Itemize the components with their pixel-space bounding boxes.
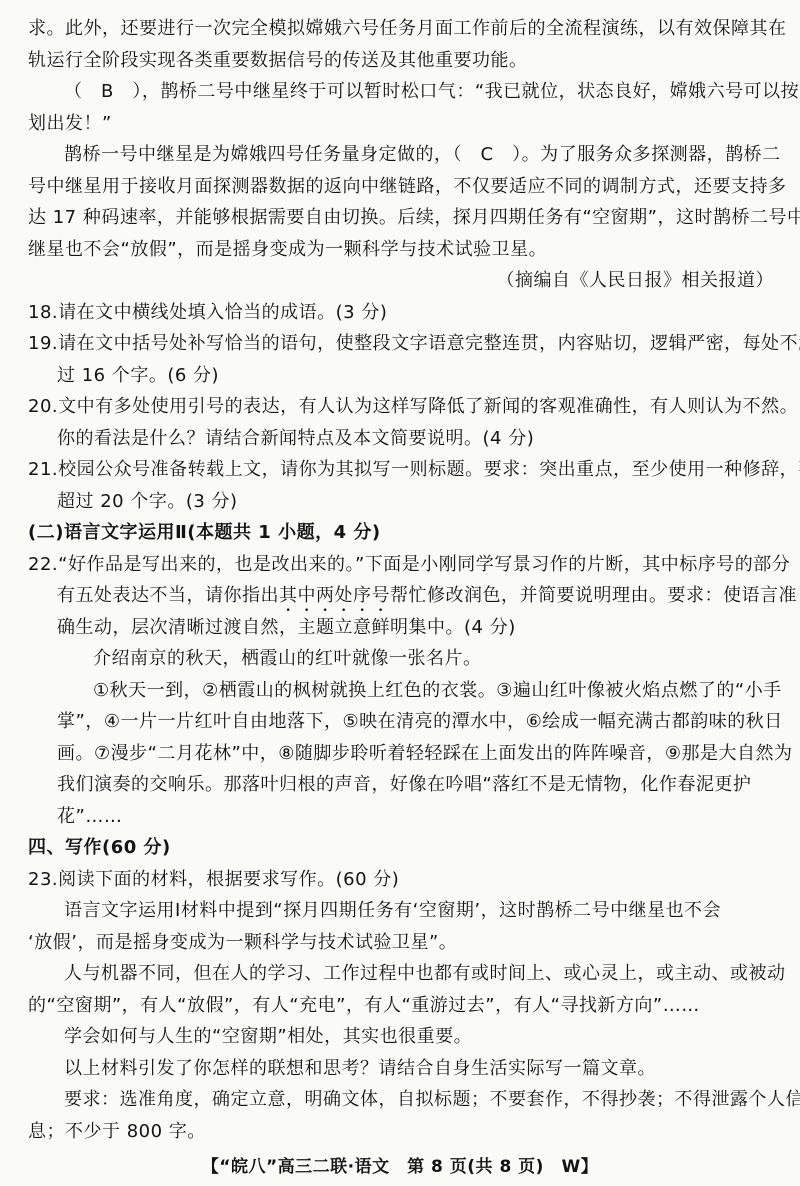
section-heading-writing: 四、写作(60 分) xyxy=(0,832,800,864)
material-23-line-2: ‘放假’，而是摇身变成为一颗科学与技术试验卫星”。 xyxy=(0,927,800,959)
passage-22-line-3: 掌”，④一片一片红叶自由地落下，⑤映在清亮的潭水中，⑥绘成一幅充满古都韵味的秋日 xyxy=(0,706,800,738)
question-21-line-1: 21.校园公众号准备转载上文，请你为其拟写一则标题。要求：突出重点，至少使用一种… xyxy=(0,454,800,486)
material-23-line-3: 人与机器不同，但在人的学习、工作过程中也都有或时间上、或心灵上，或主动、或被动 xyxy=(0,958,800,990)
article-line-3: （ B ），鹊桥二号中继星终于可以暂时松口气：“我已就位，状态良好，嫦娥六号可以… xyxy=(0,76,800,108)
question-19-line-1: 19.请在文中括号处补写恰当的语句，使整段文字语意完整连贯，内容贴切，逻辑严密，… xyxy=(0,328,800,360)
article-line-4: 划出发！” xyxy=(0,108,800,140)
passage-22-line-4: 画。⑦漫步“二月花林”中，⑧随脚步聆听着轻轻踩在上面发出的阵阵噪音，⑨那是大自然… xyxy=(0,738,800,770)
section-heading-language-use-2: (二)语言文字运用Ⅱ(本题共 1 小题，4 分) xyxy=(0,517,800,549)
material-23-line-4: 的“空窗期”，有人“放假”，有人“充电”，有人“重游过去”，有人“寻找新方向”…… xyxy=(0,990,800,1022)
question-18: 18.请在文中横线处填入恰当的成语。(3 分) xyxy=(0,297,800,329)
article-line-8: 继星也不会“放假”，而是摇身变成为一颗科学与技术试验卫星。 xyxy=(0,234,800,266)
material-23-line-6: 以上材料引发了你怎样的联想和思考？请结合自身生活实际写一篇文章。 xyxy=(0,1053,800,1085)
question-22-line-3: 确生动，层次清晰过渡自然，主题立意鲜明集中。(4 分) xyxy=(0,612,800,644)
article-line-7: 达 17 种码速率，并能够根据需要自由切换。后续，探月四期任务有“空窗期”，这时… xyxy=(0,202,800,234)
question-23: 23.阅读下面的材料，根据要求写作。(60 分) xyxy=(0,864,800,896)
passage-22-line-2: ①秋天一到，②栖霞山的枫树就换上红色的衣裳。③遍山红叶像被火焰点燃了的“小手 xyxy=(0,675,800,707)
question-22-line-1: 22.“好作品是写出来的，也是改出来的。”下面是小刚同学写景习作的片断，其中标序… xyxy=(0,549,800,581)
question-19-line-2: 过 16 个字。(6 分) xyxy=(0,360,800,392)
article-line-2: 轨运行全阶段实现各类重要数据信号的传送及其他重要功能。 xyxy=(0,45,800,77)
article-line-6: 号中继星用于接收月面探测器数据的返向中继链路，不仅要适应不同的调制方式，还要支持… xyxy=(0,171,800,203)
emphasis-dots-text: 其中两处序号 xyxy=(279,585,390,606)
material-23-line-7: 要求：选准角度，确定立意，明确文体，自拟标题；不要套作，不得抄袭；不得泄露个人信 xyxy=(0,1084,800,1116)
question-20-line-1: 20.文中有多处使用引号的表达，有人认为这样写降低了新闻的客观准确性，有人则认为… xyxy=(0,391,800,423)
question-22-line-2: 有五处表达不当，请你指出其中两处序号帮忙修改润色，并简要说明理由。要求：使语言准 xyxy=(0,580,800,612)
material-23-line-5: 学会如何与人生的“空窗期”相处，其实也很重要。 xyxy=(0,1021,800,1053)
text-segment: 有五处表达不当，请你指出 xyxy=(57,585,279,606)
question-21-line-2: 超过 20 个字。(3 分) xyxy=(0,486,800,518)
passage-22-line-1: 介绍南京的秋天，栖霞山的红叶就像一张名片。 xyxy=(0,643,800,675)
question-20-line-2: 你的看法是什么？请结合新闻特点及本文简要说明。(4 分) xyxy=(0,423,800,455)
passage-22-line-5: 我们演奏的交响乐。那落叶归根的声音，好像在吟唱“落红不是无情物，化作春泥更护 xyxy=(0,769,800,801)
material-23-line-1: 语言文字运用Ⅰ材料中提到“探月四期任务有‘空窗期’，这时鹊桥二号中继星也不会 xyxy=(0,895,800,927)
text-segment: 帮忙修改润色，并简要说明理由。要求：使语言准 xyxy=(390,585,797,606)
document-body: 求。此外，还要进行一次完全模拟嫦娥六号任务月面工作前后的全流程演练，以有效保障其… xyxy=(0,0,800,1147)
exam-page: 求。此外，还要进行一次完全模拟嫦娥六号任务月面工作前后的全流程演练，以有效保障其… xyxy=(0,0,800,1186)
article-line-5: 鹊桥一号中继星是为嫦娥四号任务量身定做的，（ C ）。为了服务众多探测器，鹊桥二 xyxy=(0,139,800,171)
passage-22-line-6: 花”…… xyxy=(0,801,800,833)
material-23-line-8: 息；不少于 800 字。 xyxy=(0,1116,800,1148)
page-footer: 【“皖八”高三二联·语文 第 8 页(共 8 页) W】 xyxy=(0,1155,800,1179)
article-line-1: 求。此外，还要进行一次完全模拟嫦娥六号任务月面工作前后的全流程演练，以有效保障其… xyxy=(0,13,800,45)
article-source: （摘编自《人民日报》相关报道） xyxy=(0,265,800,297)
